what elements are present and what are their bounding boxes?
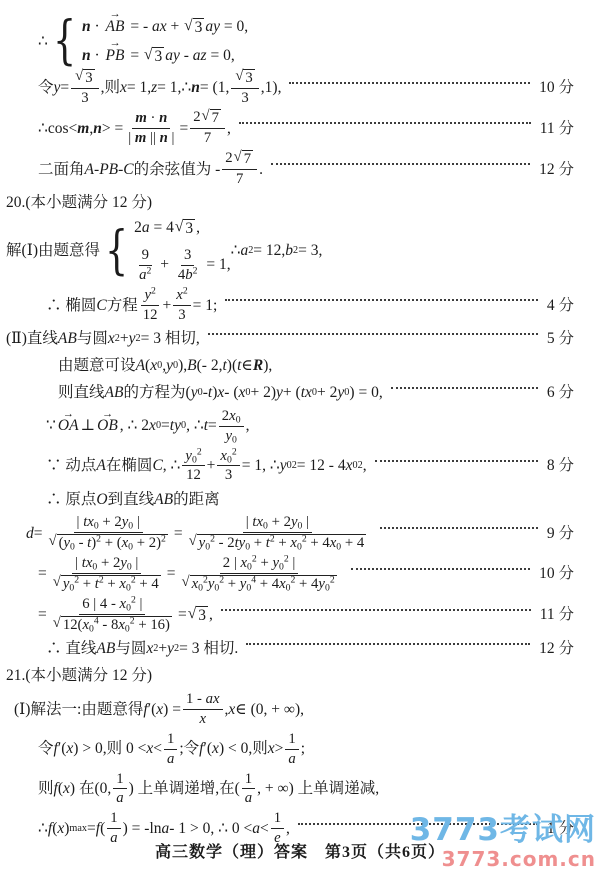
- formula: 令 y = √33,则 x = 1,z = 1,∴ n = (1,√33,1),: [38, 69, 281, 107]
- formula: 由题意可设 A(x0,y0),B(- 2,t)(t ∈ R),: [58, 356, 272, 375]
- dotted-leader: [391, 387, 538, 389]
- score-label: 10 分: [539, 78, 574, 97]
- answer-line: = 6 | 4 - x02 |√12(x04 - 8x02 + 16) = √3…: [0, 596, 600, 634]
- dotted-leader: [351, 568, 530, 570]
- formula: (Ⅰ)解法一:由题意得 f′(x) = 1 - axx,x ∈ (0, + ∞)…: [14, 691, 304, 728]
- exam-answer-page: ∴ {n · AB = - ax + √3ay = 0,n · PB = √3a…: [0, 0, 600, 878]
- dotted-leader: [221, 609, 531, 611]
- score-label: 11 分: [540, 119, 574, 138]
- formula: 解(Ⅰ)由题意得{2a = 4√3,9a2 + 34b2 = 1, ∴ a2 =…: [6, 218, 322, 284]
- score-label: 6 分: [547, 383, 574, 402]
- dotted-leader: [375, 460, 538, 462]
- formula: 20.(本小题满分 12 分): [6, 193, 152, 212]
- dotted-leader: [239, 122, 531, 124]
- answer-line: ∵ OA ⊥ OB, ∴ 2x0 = ty0, ∴ t = 2x0y0,: [0, 408, 600, 445]
- formula: ∵ 动点 A 在椭圆 C, ∴ y0212 + x023 = 1, ∴ y02 …: [46, 448, 367, 485]
- dotted-leader: [208, 333, 538, 335]
- formula: 令 f′(x) > 0,则 0 < x < 1a;令 f′(x) < 0,则 x…: [38, 731, 305, 768]
- answer-line: 二面角 A - PB - C 的余弦值为 - 2√77.12 分: [0, 150, 600, 188]
- answer-line: ∴ 直线 AB 与圆 x2 + y2 = 3 相切.12 分: [0, 637, 600, 661]
- formula: ∴ 直线 AB 与圆 x2 + y2 = 3 相切.: [46, 639, 238, 658]
- formula: = | tx0 + 2y0 |√y02 + t2 + x02 + 4 = 2 |…: [38, 555, 343, 593]
- watermark-site-name: 3773考试网: [410, 814, 596, 847]
- formula: = 6 | 4 - x02 |√12(x04 - 8x02 + 16) = √3…: [38, 596, 213, 634]
- score-label: 5 分: [547, 329, 574, 348]
- formula: d = | tx0 + 2y0 |√(y0 - t)2 + (x0 + 2)2 …: [26, 514, 372, 552]
- formula: 则直线 AB 的方程为(y0 - t)x - (x0 + 2)y + (tx0 …: [58, 383, 383, 402]
- answer-line: (Ⅰ)解法一:由题意得 f′(x) = 1 - axx,x ∈ (0, + ∞)…: [0, 691, 600, 728]
- answer-line: 则 f(x) 在(0,1a) 上单调递增,在(1a, + ∞) 上单调递减,: [0, 771, 600, 808]
- answer-line: 解(Ⅰ)由题意得{2a = 4√3,9a2 + 34b2 = 1, ∴ a2 =…: [0, 218, 600, 284]
- answer-line: ∴ 原点 O 到直线 AB 的距离: [0, 487, 600, 511]
- score-label: 11 分: [540, 605, 574, 624]
- answer-line: ∴ {n · AB = - ax + √3ay = 0,n · PB = √3a…: [0, 17, 600, 66]
- formula: 二面角 A - PB - C 的余弦值为 - 2√77.: [38, 150, 263, 188]
- score-label: 4 分: [547, 296, 574, 315]
- answer-line: = | tx0 + 2y0 |√y02 + t2 + x02 + 4 = 2 |…: [0, 555, 600, 593]
- answer-line: 则直线 AB 的方程为(y0 - t)x - (x0 + 2)y + (tx0 …: [0, 381, 600, 405]
- dotted-leader: [246, 643, 530, 645]
- answer-line: d = | tx0 + 2y0 |√(y0 - t)2 + (x0 + 2)2 …: [0, 514, 600, 552]
- dotted-leader: [380, 527, 538, 529]
- formula: 21.(本小题满分 12 分): [6, 666, 152, 685]
- formula: ∴ {n · AB = - ax + √3ay = 0,n · PB = √3a…: [38, 17, 248, 66]
- answer-line: (Ⅱ)直线 AB 与圆 x2 + y2 = 3 相切,5 分: [0, 327, 600, 351]
- formula: ∴ 原点 O 到直线 AB 的距离: [46, 490, 220, 509]
- answer-line: 令 f′(x) > 0,则 0 < x < 1a;令 f′(x) < 0,则 x…: [0, 731, 600, 768]
- formula: 则 f(x) 在(0,1a) 上单调递增,在(1a, + ∞) 上单调递减,: [38, 771, 379, 808]
- answer-line: 21.(本小题满分 12 分): [0, 664, 600, 688]
- footer-text: 高三数学（理）答案 第3页（共6页）: [155, 844, 445, 861]
- score-label: 10 分: [539, 564, 574, 583]
- answer-line: 20.(本小题满分 12 分): [0, 191, 600, 215]
- score-label: 12 分: [539, 639, 574, 658]
- score-label: 9 分: [547, 524, 574, 543]
- score-label: 12 分: [539, 160, 574, 179]
- answer-line: 令 y = √33,则 x = 1,z = 1,∴ n = (1,√33,1),…: [0, 69, 600, 107]
- answer-line: ∴ cos < m,n > = m · n| m || n | = 2√77,1…: [0, 109, 600, 147]
- watermark-site-url: 3773.com.cn: [410, 849, 596, 870]
- formula: ∵ OA ⊥ OB, ∴ 2x0 = ty0, ∴ t = 2x0y0,: [46, 408, 249, 445]
- formula: (Ⅱ)直线 AB 与圆 x2 + y2 = 3 相切,: [6, 329, 200, 348]
- answer-line: 由题意可设 A(x0,y0),B(- 2,t)(t ∈ R),: [0, 354, 600, 378]
- formula: ∴ cos < m,n > = m · n| m || n | = 2√77,: [38, 109, 231, 147]
- dotted-leader: [271, 163, 530, 165]
- score-label: 8 分: [547, 456, 574, 475]
- answer-lines: ∴ {n · AB = - ax + √3ay = 0,n · PB = √3a…: [0, 17, 600, 847]
- answer-line: ∴ 椭圆 C 方程y212 + x23 = 1;4 分: [0, 287, 600, 324]
- dotted-leader: [289, 82, 530, 84]
- watermark: 3773考试网 3773.com.cn: [410, 814, 596, 870]
- dotted-leader: [225, 299, 538, 301]
- answer-line: ∵ 动点 A 在椭圆 C, ∴ y0212 + x023 = 1, ∴ y02 …: [0, 448, 600, 485]
- formula: ∴ 椭圆 C 方程y212 + x23 = 1;: [46, 287, 217, 324]
